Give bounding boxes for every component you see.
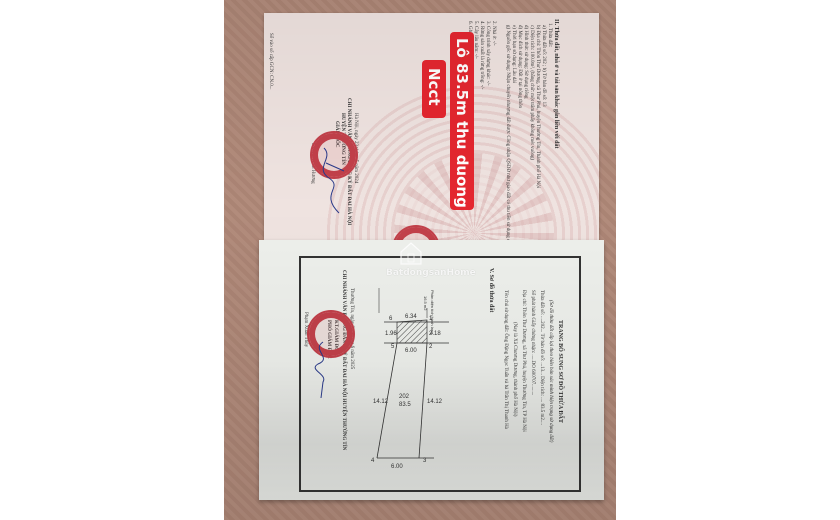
edge-back: 6.00 <box>391 464 403 470</box>
parcel-area: 83.5 <box>399 402 411 408</box>
vertex-4: 4 <box>371 458 375 464</box>
vertex-6: 6 <box>389 316 393 322</box>
line-7: g) Nguồn gốc sử dụng: Nhận chuyển nhượng… <box>504 25 511 240</box>
line-3: c) Diện tích: 100.0m², (bằng chữ: một tr… <box>528 25 535 160</box>
section-title: II. Thửa đất, nhà ở và tài sản khác gắn … <box>552 19 560 149</box>
line-4: d) Hình thức sử dụng: Sử dụng riêng <box>522 25 529 99</box>
vertex-5: 5 <box>391 344 395 350</box>
owner-line: Tên chủ sử dụng đất: Ông Đặng Ngọc Tuấn … <box>502 290 509 429</box>
edge-right-long: 14.12 <box>427 399 443 405</box>
line-8: 2. Nhà ở: -/- <box>490 21 497 46</box>
line-10: 4. Rừng sản xuất là rừng trồng: -/- <box>478 21 485 89</box>
address-line: Địa chỉ: Thôn Thư Dương, xã Thư Phú, huy… <box>520 290 527 432</box>
plot-diagram: 6.34 6.00 2.18 1.96 14.12 14.12 6.00 202… <box>369 288 499 488</box>
overlay-line2: Ncct <box>425 68 443 106</box>
supplement-title: TRANG BỔ SUNG SƠ ĐỒ THỬA ĐẤT <box>556 320 564 423</box>
line-5: đ) Mục đích sử dụng: Đất ở tại nông thôn <box>516 25 523 108</box>
overlay-banner-line2: Ncct <box>422 60 446 118</box>
supplement-subtitle: (Sơ đồ thửa đất cấp lại theo biên bản xá… <box>547 300 554 442</box>
signature-bottom <box>303 340 343 400</box>
line-2: b) Địa chỉ: Thôn Thư Dương, xã Thư Phú, … <box>534 25 541 188</box>
overlay-line1: Lô 83.5m thu duong <box>453 38 471 208</box>
certificate-photo: II. Thửa đất, nhà ở và tài sản khác gắn … <box>224 0 616 520</box>
line-0: 1. Thửa đất: <box>546 23 553 47</box>
vertex-2: 2 <box>429 344 433 350</box>
address-now-line: (Nay là Xã Chương Dương, thành phố Hà Nộ… <box>511 322 518 416</box>
parcel-number: 202 <box>399 394 410 400</box>
overlay-banner-line1: Lô 83.5m thu duong <box>450 32 474 210</box>
certificate-page-top: II. Thửa đất, nhà ở và tài sản khác gắn … <box>264 13 599 240</box>
registry-number: Số vào sổ cấp GCN: CN.0... <box>267 33 274 90</box>
line-6: e) Thời hạn sử dụng: Lâu dài <box>510 25 517 83</box>
watermark-brand: BatdongsanHome <box>386 268 476 278</box>
edge-left-long: 14.12 <box>373 399 389 405</box>
vertex-3: 3 <box>423 458 427 464</box>
signature-top <box>304 143 354 223</box>
line-1: a) Thửa đất số: 202 ; b) Tờ bản đồ số: 1… <box>540 25 547 107</box>
parcel-line: Thửa đất số: ....202... Tờ bản đồ số: ..… <box>538 290 545 425</box>
line-9: 3. Công trình xây dựng khác: -/- <box>484 21 491 86</box>
edge-front: 6.00 <box>405 348 417 354</box>
edge-top: 6.34 <box>405 314 417 320</box>
edge-left-short: 1.96 <box>385 331 397 337</box>
cert-number-line: Số phát hành Giấy chứng nhận: .....DO 60… <box>529 290 536 395</box>
